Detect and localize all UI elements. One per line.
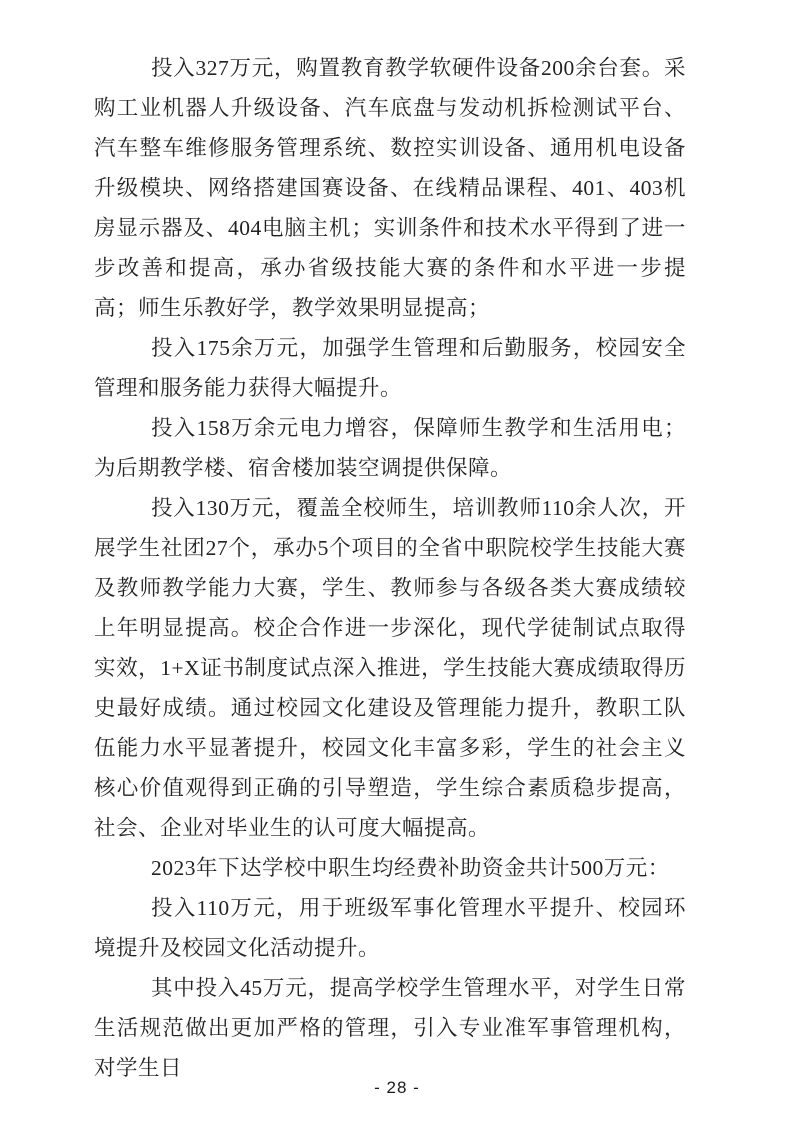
- page-footer: - 28 -: [0, 1078, 794, 1098]
- paragraph-student-daily-management-investment: 其中投入45万元，提高学校学生管理水平，对学生日常生活规范做出更加严格的管理，引…: [94, 968, 686, 1088]
- paragraph-2023-subsidy-total: 2023年下达学校中职生均经费补助资金共计500万元：: [94, 848, 686, 888]
- paragraph-equipment-investment: 投入327万元，购置教育教学软硬件设备200余台套。采购工业机器人升级设备、汽车…: [94, 48, 686, 328]
- document-body: 投入327万元，购置教育教学软硬件设备200余台套。采购工业机器人升级设备、汽车…: [94, 48, 686, 1088]
- paragraph-student-management-investment: 投入175余万元，加强学生管理和后勤服务，校园安全管理和服务能力获得大幅提升。: [94, 328, 686, 408]
- document-page: 投入327万元，购置教育教学软硬件设备200余台套。采购工业机器人升级设备、汽车…: [0, 0, 794, 1123]
- page-number: - 28 -: [374, 1078, 420, 1097]
- paragraph-power-expansion-investment: 投入158万余元电力增容，保障师生教学和生活用电；为后期教学楼、宿舍楼加装空调提…: [94, 408, 686, 488]
- paragraph-militarized-management-investment: 投入110万元，用于班级军事化管理水平提升、校园环境提升及校园文化活动提升。: [94, 888, 686, 968]
- paragraph-training-competition-investment: 投入130万元，覆盖全校师生，培训教师110余人次，开展学生社团27个，承办5个…: [94, 488, 686, 848]
